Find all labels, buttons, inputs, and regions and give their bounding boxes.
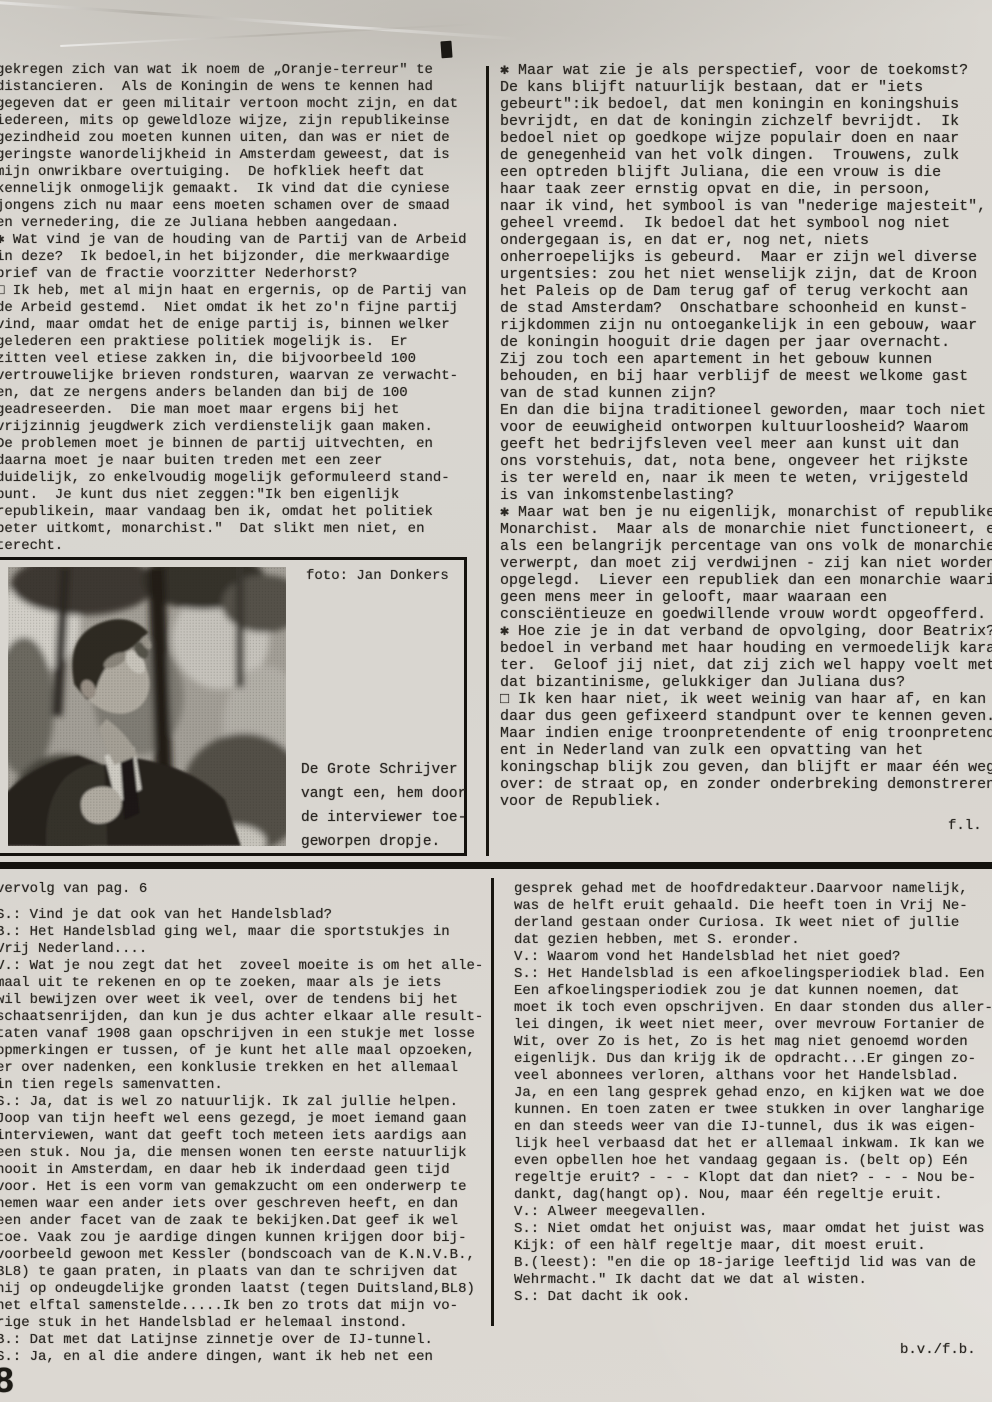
paper-crease bbox=[60, 23, 480, 47]
bottom-left-column-text: S.: Vind je dat ook van het Handelsblad?… bbox=[0, 907, 490, 1369]
column-divider-top bbox=[486, 66, 489, 856]
bottom-right-column-text: gesprek gehad met de hoofdredakteur.Daar… bbox=[514, 881, 992, 1309]
ink-blot-artifact bbox=[440, 41, 452, 59]
photo-caption: De Grote Schrijver vangt een, hem door d… bbox=[301, 758, 466, 854]
author-initials-fl: f.l. bbox=[948, 818, 982, 834]
continuation-note: vervolg van pag. 6 bbox=[0, 881, 147, 898]
section-divider-rule bbox=[0, 862, 992, 869]
author-initials-bvfb: b.v./f.b. bbox=[900, 1342, 976, 1358]
top-right-column-text: ✱ Maar wat zie je als perspectief, voor … bbox=[500, 62, 992, 814]
photo-man-catching-licorice bbox=[8, 567, 286, 846]
column-divider-bottom bbox=[491, 878, 494, 1326]
page-number: 8 bbox=[0, 1362, 15, 1402]
photo-credit: foto: Jan Donkers bbox=[306, 568, 449, 584]
top-left-column-text: gekregen zich van wat ik noem de „Oranje… bbox=[0, 62, 486, 556]
photo-frame: foto: Jan Donkers De Grote Schrijver van… bbox=[0, 557, 467, 856]
paper-crease bbox=[0, 0, 519, 41]
